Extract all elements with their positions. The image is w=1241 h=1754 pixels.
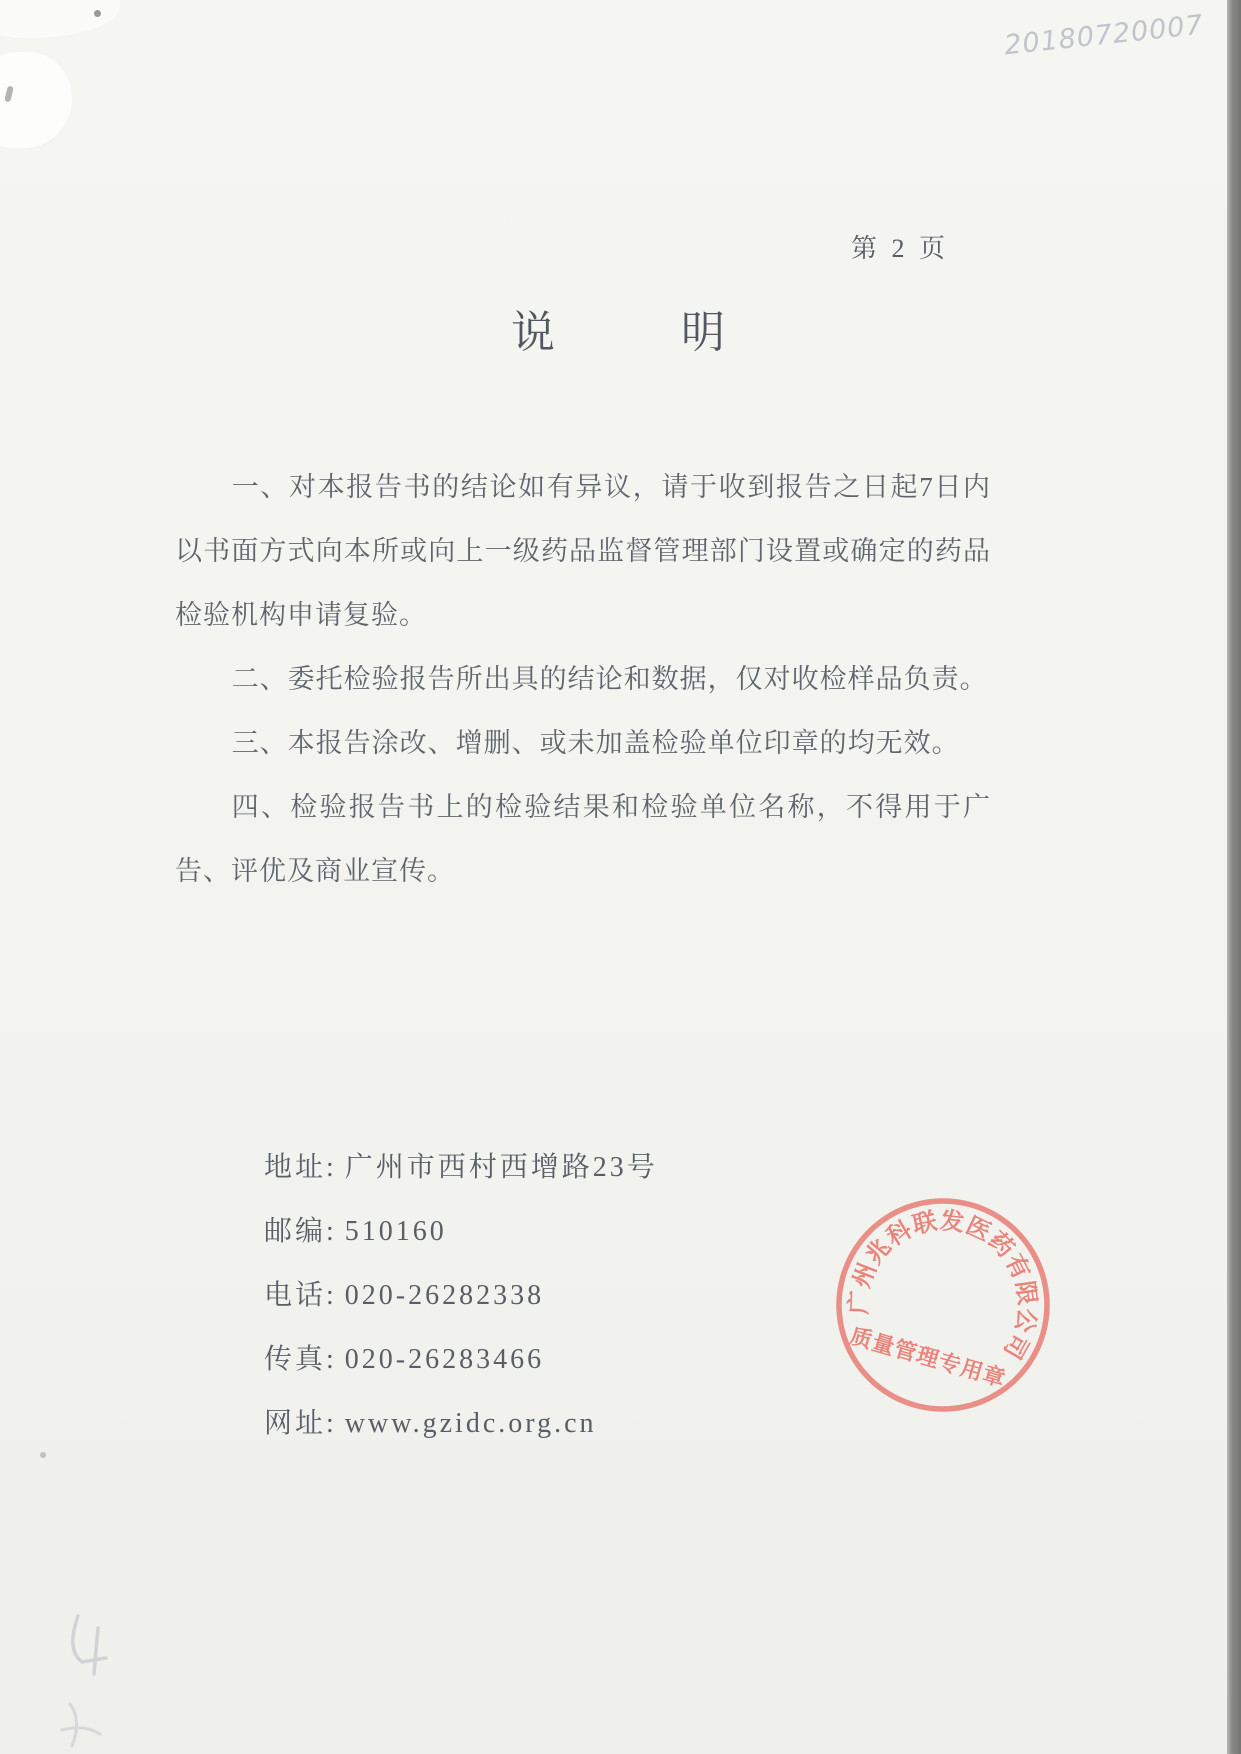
contact-value: www.gzidc.org.cn bbox=[345, 1408, 597, 1439]
pencil-smudge bbox=[48, 1608, 138, 1754]
page-number: 第 2 页 bbox=[851, 228, 949, 265]
contact-row-website: 网址:www.gzidc.org.cn bbox=[264, 1392, 658, 1456]
title-char: 明 bbox=[681, 308, 725, 357]
note-paragraph-3: 三、本报告涂改、增删、或未加盖检验单位印章的均无效。 bbox=[175, 711, 991, 775]
note-paragraph-4: 四、检验报告书上的检验结果和检验单位名称，不得用于广告、评优及商业宣传。 bbox=[175, 775, 991, 903]
handwritten-report-number: 20180720007 bbox=[1003, 10, 1205, 62]
contact-row-postcode: 邮编:510160 bbox=[264, 1200, 658, 1264]
contact-row-fax: 传真:020-26283466 bbox=[264, 1328, 658, 1392]
contact-value: 广州市西村西增路23号 bbox=[345, 1152, 658, 1183]
contact-value: 020-26283466 bbox=[345, 1344, 544, 1375]
contact-label: 邮编: bbox=[264, 1216, 337, 1247]
scan-white-patch bbox=[0, 0, 120, 38]
notes-section: 一、对本报告书的结论如有异议，请于收到报告之日起7日内以书面方式向本所或向上一级… bbox=[175, 455, 991, 903]
document-title: 说明 bbox=[511, 296, 725, 360]
scan-speck bbox=[40, 1452, 46, 1458]
contact-row-address: 地址:广州市西村西增路23号 bbox=[264, 1136, 658, 1200]
scanned-document-page: 20180720007 第 2 页 说明 一、对本报告书的结论如有异议，请于收到… bbox=[0, 0, 1241, 1754]
note-paragraph-1: 一、对本报告书的结论如有异议，请于收到报告之日起7日内以书面方式向本所或向上一级… bbox=[175, 455, 991, 647]
title-char: 说 bbox=[511, 296, 555, 360]
contact-value: 510160 bbox=[345, 1216, 447, 1247]
note-paragraph-2: 二、委托检验报告所出具的结论和数据，仅对收检样品负责。 bbox=[175, 647, 991, 711]
contact-block: 地址:广州市西村西增路23号 邮编:510160 电话:020-26282338… bbox=[264, 1136, 658, 1456]
contact-label: 网址: bbox=[264, 1408, 337, 1439]
contact-label: 地址: bbox=[264, 1152, 337, 1183]
scan-white-patch bbox=[0, 52, 72, 148]
company-seal-stamp: 广州兆科联发医药有限公司 质量管理专用章 bbox=[813, 1175, 1073, 1435]
scan-speck bbox=[94, 10, 101, 17]
contact-label: 电话: bbox=[264, 1280, 337, 1311]
contact-value: 020-26282338 bbox=[345, 1280, 544, 1311]
scanner-edge-shadow bbox=[1227, 0, 1241, 1754]
contact-row-phone: 电话:020-26282338 bbox=[264, 1264, 658, 1328]
contact-label: 传真: bbox=[264, 1344, 337, 1375]
